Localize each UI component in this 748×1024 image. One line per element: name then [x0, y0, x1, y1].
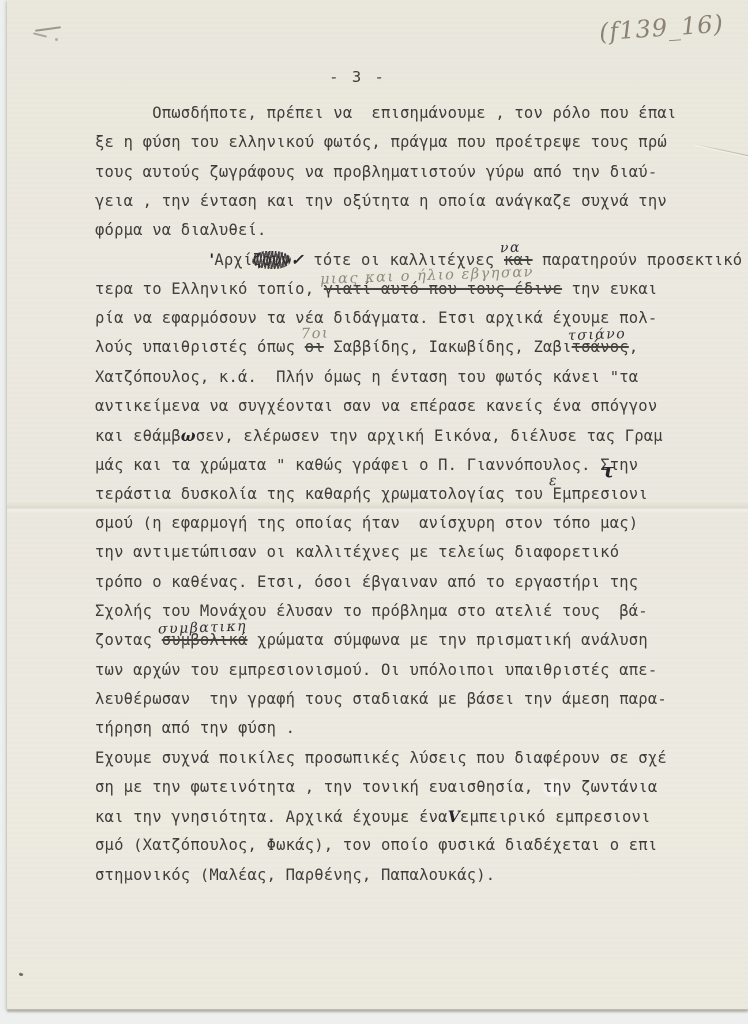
- typed-segment: γεια , την ένταση και την οξύτητα η οποί…: [95, 192, 667, 210]
- typed-line: ξε η φύση του ελληνικού φωτός, πράγμα πο…: [95, 128, 695, 157]
- typed-segment: λευθέρωσαν την γραφή τους σταδιακά με βά…: [95, 690, 667, 708]
- paper-crease: [695, 144, 748, 157]
- typed-line: την αντιμετώπισαν οι καλλιτέχνες με τελε…: [95, 538, 695, 567]
- page-number: - 3 -: [7, 68, 708, 86]
- handwritten-annotation: συμβατικη: [158, 619, 247, 636]
- struck-text: συμβολικάσυμβατικη: [162, 631, 248, 649]
- typed-segment: ξε η φύση του ελληνικού φωτός, πράγμα πο…: [95, 133, 667, 151]
- typed-line: μάς και τα χρώματα " καθώς γράφει ο Π. Γ…: [95, 451, 695, 480]
- typed-segment: ση με την φωτεινότητα , την τονική ευαισ…: [95, 778, 657, 796]
- typed-line: σμό (Χατζόπουλος, Φωκάς), τον οποίο φυσι…: [95, 831, 695, 860]
- typed-line: γεια , την ένταση και την οξύτητα η οποί…: [95, 187, 695, 216]
- typed-line: και την γνησιότητα. Αρχικά έχουμε έναVεμ…: [95, 802, 695, 831]
- typed-segment: τήρηση από την φύση .: [95, 719, 295, 737]
- paper-sheet: (f139_16) - 3 - Οπωσδήποτε, πρέπει να επ…: [7, 0, 748, 1010]
- typed-segment: σεν, ελέρωσεν την αρχική Εικόνα, διέλυσε…: [196, 427, 663, 445]
- typed-segment: ζοντας: [95, 631, 162, 649]
- typed-segment: αντικείμενα να συγχέονται σαν να επέρασε…: [95, 397, 657, 415]
- typed-segment: [95, 251, 209, 269]
- typed-segment: σμό (Χατζόπουλος, Φωκάς), τον οποίο φυσι…: [95, 836, 657, 854]
- typed-line: ση με την φωτεινότητα , την τονική ευαισ…: [95, 773, 695, 802]
- typed-text: Οπωσδήποτε, πρέπει να επισημάνουμε , τον…: [95, 99, 695, 890]
- struck-text: οι7οι: [305, 338, 324, 356]
- handwritten-annotation: να: [500, 240, 521, 255]
- typed-segment: των αρχών του εμπρεσιονισμού. Οι υπόλοιπ…: [95, 661, 657, 679]
- typed-line: σμού (η εφαρμογή της οποίας ήταν ανίσχυρ…: [95, 509, 695, 538]
- typed-segment: Σχολής του Μονάχου έλυσαν το πρόβλημα στ…: [95, 602, 648, 620]
- staple-mark: [33, 22, 73, 46]
- scribbled-text: ζουν: [252, 251, 290, 269]
- typed-segment: παρατηρούν προσεκτικό: [533, 251, 743, 269]
- typed-line: ζοντας συμβολικάσυμβατικη χρώματα σύμφων…: [95, 626, 695, 655]
- typed-line: αντικείμενα να συγχέονται σαν να επέρασε…: [95, 392, 695, 421]
- typed-line: λευθέρωσαν την γραφή τους σταδιακά με βά…: [95, 685, 695, 714]
- typed-segment: σμού (η εφαρμογή της οποίας ήταν ανίσχυρ…: [95, 514, 638, 532]
- typed-line: Οπωσδήποτε, πρέπει να επισημάνουμε , τον…: [95, 99, 695, 128]
- typed-line: των αρχών του εμπρεσιονισμού. Οι υπόλοιπ…: [95, 656, 695, 685]
- typed-segment: μάς και τα χρώματα " καθώς γράφει ο Π. Γ…: [95, 456, 600, 474]
- typed-line: τερα το Ελληνικό τοπίο, γιατί αυτό που τ…: [95, 275, 695, 304]
- typed-segment: ,: [629, 338, 639, 356]
- typed-segment: Σαββίδης, Ιακωβίδης, Ζαβι: [324, 338, 572, 356]
- typed-segment: ην: [619, 456, 638, 474]
- typed-segment: τους αυτούς ζωγράφους να προβληματιστούν…: [95, 163, 657, 181]
- folio-annotation: (f139_16): [598, 10, 725, 47]
- typed-segment: ρία να εφαρμόσουν τα νέα διδάγματα. Ετσι…: [95, 309, 657, 327]
- typed-segment: τεράστια δυσκολία της καθαρής χρωματολογ…: [95, 485, 553, 503]
- handwritten-annotation: ε: [548, 474, 557, 488]
- typed-line: και εθάμβωσεν, ελέρωσεν την αρχική Εικόν…: [95, 421, 695, 450]
- typed-segment: στημονικός (Μαλέας, Παρθένης, Παπαλουκάς…: [95, 866, 495, 884]
- typed-line: λούς υπαιθριστές όπως οι7οι Σαββίδης, Ια…: [95, 333, 695, 362]
- typed-segment: μπρεσιονι: [562, 485, 648, 503]
- typed-line: τήρηση από την φύση .: [95, 714, 695, 743]
- typed-segment: τρόπο ο καθένας. Ετσι, όσοι έβγαιναν από…: [95, 573, 638, 591]
- struck-text: γιατί αυτό που τους έδινεμιας και ο ήλιο…: [324, 280, 562, 298]
- typed-segment: χρώματα σύμφωνα με την πρισματική ανάλυσ…: [248, 631, 648, 649]
- typed-line: τεράστια δυσκολία της καθαρής χρωματολογ…: [95, 480, 695, 509]
- typed-line: στημονικός (Μαλέας, Παρθένης, Παπαλουκάς…: [95, 861, 695, 890]
- typed-segment: Εε: [553, 485, 563, 503]
- typed-line: Χατζόπουλος, κ.ά. Πλήν όμως η ένταση του…: [95, 363, 695, 392]
- handwritten-annotation: τ: [601, 463, 614, 477]
- handwritten-inline: ✓: [291, 250, 304, 269]
- typed-segment: φόρμα να διαλυθεί.: [95, 221, 267, 239]
- typed-segment: Οπωσδήποτε, πρέπει να επισημάνουμε , τον…: [95, 104, 676, 122]
- struck-text: τσάνοςτσιάνο: [572, 338, 629, 356]
- typed-segment: Χατζόπουλος, κ.ά. Πλήν όμως η ένταση του…: [95, 368, 638, 386]
- typed-line: τους αυτούς ζωγράφους να προβληματιστούν…: [95, 158, 695, 187]
- typed-line: Εχουμε συχνά ποικίλες προσωπικές λύσεις …: [95, 744, 695, 773]
- typed-line: φόρμα να διαλυθεί.: [95, 216, 695, 245]
- typed-line: τρόπο ο καθένας. Ετσι, όσοι έβγαιναν από…: [95, 568, 695, 597]
- ink-fleck: [19, 972, 24, 977]
- typed-segment: λούς υπαιθριστές όπως: [95, 338, 305, 356]
- typed-segment: την αντιμετώπισαν οι καλλιτέχνες με τελε…: [95, 543, 619, 561]
- typed-segment: τερα το Ελληνικό τοπίο,: [95, 280, 324, 298]
- handwritten-annotation: τσιάνο: [567, 327, 626, 343]
- typed-segment: Αρχί: [214, 251, 252, 269]
- typed-segment: εμπειρικό εμπρεσιονι: [460, 808, 651, 826]
- typed-segment: και την γνησιότητα. Αρχικά έχουμε ένα: [95, 808, 448, 826]
- typed-segment: και εθάμβ: [95, 427, 181, 445]
- typed-segment: την ευκαι: [562, 280, 657, 298]
- typed-segment: Εχουμε συχνά ποικίλες προσωπικές λύσεις …: [95, 749, 667, 767]
- scanned-page: (f139_16) - 3 - Οπωσδήποτε, πρέπει να επ…: [0, 0, 748, 1024]
- typed-segment: Σττ: [600, 456, 619, 474]
- handwritten-inline: V: [448, 807, 460, 826]
- handwritten-inline: ω: [181, 426, 196, 445]
